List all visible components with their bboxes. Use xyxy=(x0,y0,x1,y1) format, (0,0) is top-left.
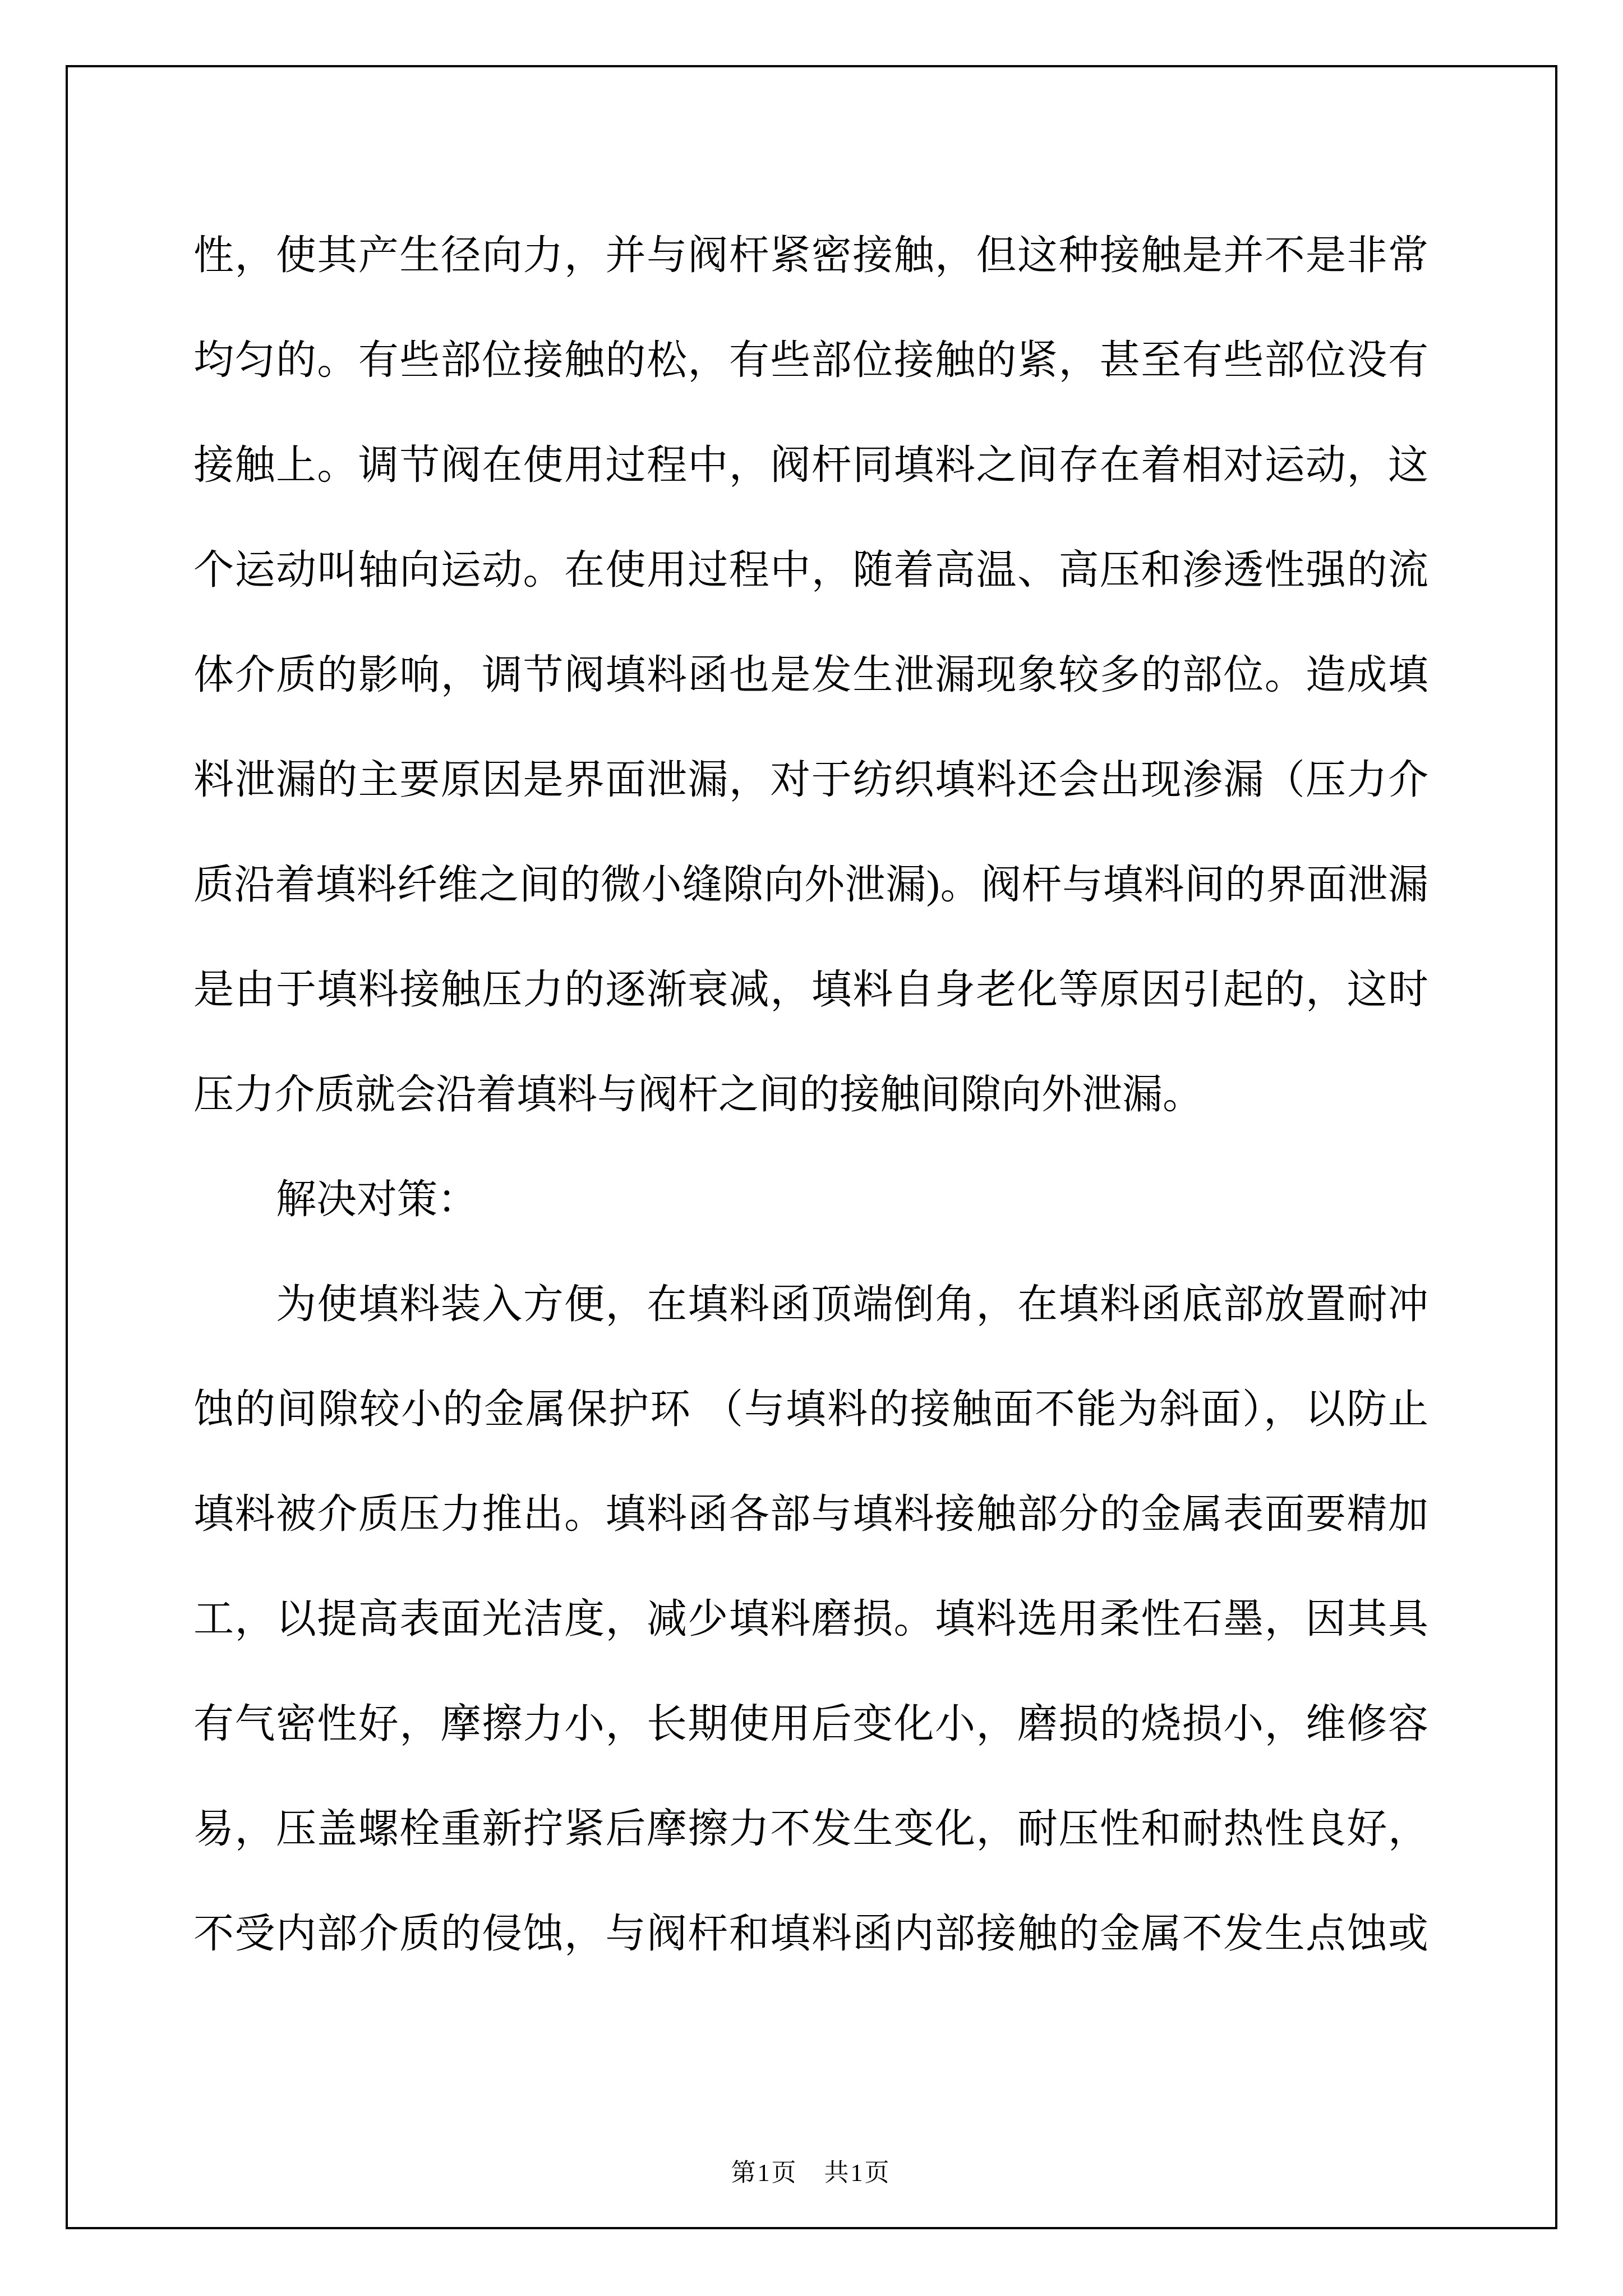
body-line-12: 蚀的间隙较小的金属保护环 （与填料的接触面不能为斜面），以防止 xyxy=(193,1357,1428,1462)
body-line-3: 接触上。调节阀在使用过程中，阀杆同填料之间存在着相对运动，这 xyxy=(193,413,1428,518)
body-text-block: 性，使其产生径向力，并与阀杆紧密接触，但这种接触是并不是非常 均匀的。有些部位接… xyxy=(193,203,1428,1986)
body-line-5: 体介质的影响，调节阀填料函也是发生泄漏现象较多的部位。造成填 xyxy=(193,623,1428,728)
body-line-1: 性，使其产生径向力，并与阀杆紧密接触，但这种接触是并不是非常 xyxy=(193,203,1428,308)
body-line-4: 个运动叫轴向运动。在使用过程中，随着高温、高压和渗透性强的流 xyxy=(193,518,1428,623)
body-line-6: 料泄漏的主要原因是界面泄漏，对于纺织填料还会出现渗漏（压力介 xyxy=(193,728,1428,832)
heading-line-solution: 解决对策： xyxy=(193,1147,1428,1252)
body-line-13: 填料被介质压力推出。填料函各部与填料接触部分的金属表面要精加 xyxy=(193,1462,1428,1567)
body-line-14: 工，以提高表面光洁度，减少填料磨损。填料选用柔性石墨，因其具 xyxy=(193,1567,1428,1672)
body-line-17: 不受内部介质的侵蚀，与阀杆和填料函内部接触的金属不发生点蚀或 xyxy=(193,1881,1428,1986)
body-line-11: 为使填料装入方便，在填料函顶端倒角，在填料函底部放置耐冲 xyxy=(193,1252,1428,1357)
body-line-7: 质沿着填料纤维之间的微小缝隙向外泄漏)。阀杆与填料间的界面泄漏 xyxy=(193,832,1428,937)
body-line-16: 易，压盖螺栓重新拧紧后摩擦力不发生变化，耐压性和耐热性良好， xyxy=(193,1777,1428,1881)
body-line-2: 均匀的。有些部位接触的松，有些部位接触的紧，甚至有些部位没有 xyxy=(193,308,1428,413)
body-line-15: 有气密性好，摩擦力小，长期使用后变化小，磨损的烧损小，维修容 xyxy=(193,1672,1428,1777)
document-page: 性，使其产生径向力，并与阀杆紧密接触，但这种接触是并不是非常 均匀的。有些部位接… xyxy=(0,0,1623,2296)
body-line-8: 是由于填料接触压力的逐渐衰减，填料自身老化等原因引起的，这时 xyxy=(193,937,1428,1042)
body-line-9: 压力介质就会沿着填料与阀杆之间的接触间隙向外泄漏。 xyxy=(193,1042,1428,1147)
page-number: 第1页 共1页 xyxy=(193,2155,1428,2191)
